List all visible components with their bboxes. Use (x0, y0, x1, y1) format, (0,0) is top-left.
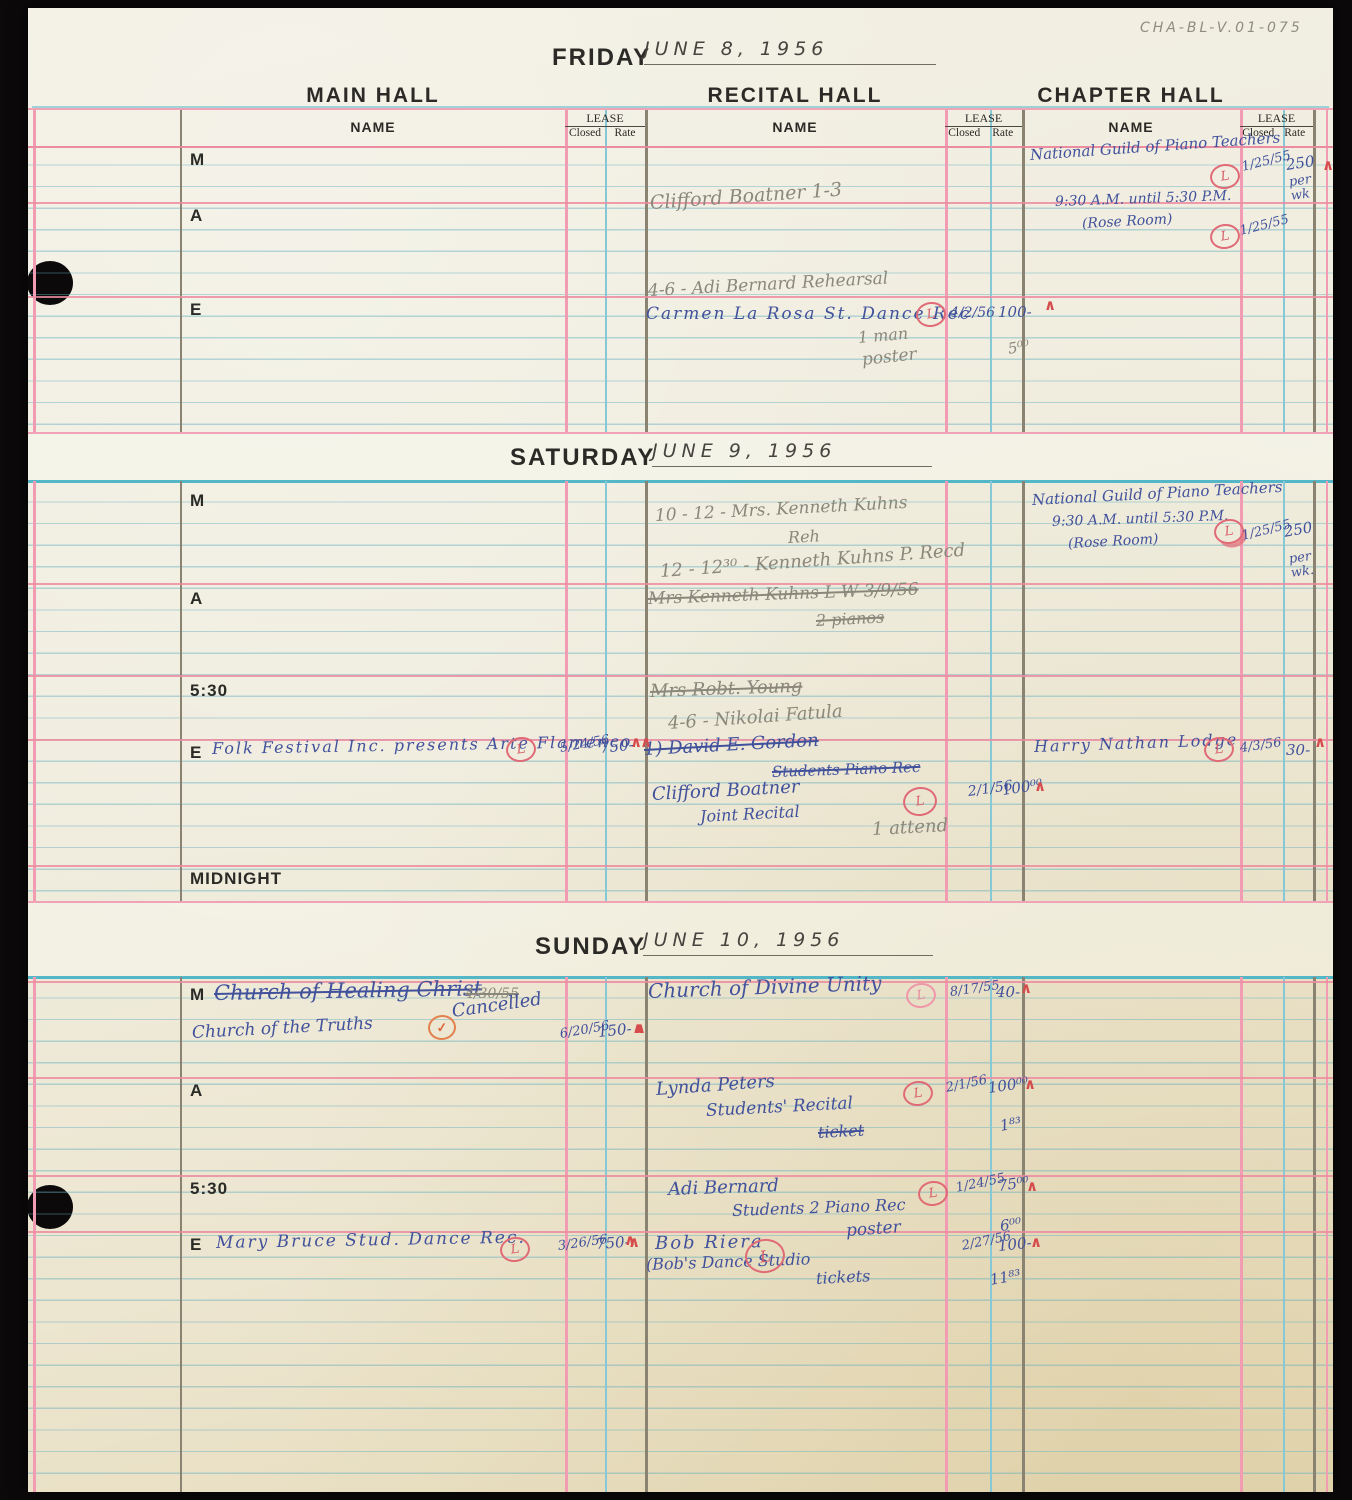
friday-title-area: CHA-BL-V.01-075 FRIDAY JUNE 8, 1956 MAIN… (28, 8, 1333, 108)
check-mark: ∧ (1034, 777, 1046, 795)
day-date-saturday: JUNE 9, 1956 (652, 440, 932, 467)
day-title-friday: FRIDAY (552, 44, 651, 72)
check-mark: ∧ (1314, 733, 1326, 751)
row-label-morning: M (190, 150, 205, 170)
hall-header-recital: RECITAL HALL (708, 84, 883, 108)
rate-value: 750- (599, 736, 634, 757)
check-mark: ∧ (640, 733, 652, 751)
saturday-body: M A 5:30 E MIDNIGHT 10 - 12 - Mrs. Kenne… (28, 481, 1333, 901)
name-column-header-chapter: NAME (1108, 119, 1153, 135)
row-label-afternoon: A (190, 1081, 203, 1101)
note-poster: poster (861, 344, 918, 370)
rate-label: Rate (1277, 127, 1314, 139)
row-rule (28, 865, 1333, 867)
entry-lynda-peters: Lynda Peters (655, 1071, 775, 1100)
note-1-attend: 1 attend (871, 815, 948, 840)
note-amount: 1⁸³ (998, 1113, 1022, 1134)
row-rule (28, 1175, 1333, 1177)
name-column-header-main: NAME (350, 119, 395, 135)
name-column-header-recital: NAME (772, 119, 817, 135)
entry-robt-young-struck: Mrs Robt. Young (650, 676, 803, 702)
closed-label: Closed (565, 127, 605, 139)
hall-header-chapter: CHAPTER HALL (1037, 84, 1224, 108)
archive-ref-code: CHA-BL-V.01-075 (1140, 20, 1303, 36)
day-date-friday: JUNE 8, 1956 (644, 38, 936, 65)
rate-label: Rate (984, 127, 1023, 139)
entry-students-recital: Students' Recital (705, 1093, 853, 1121)
note-poster: poster (845, 1217, 901, 1241)
lease-date: 1/25/55 (1238, 212, 1290, 239)
rate-unit: per wk (1288, 170, 1333, 203)
rate-label: Rate (605, 127, 645, 139)
row-label-530: 5:30 (190, 1179, 228, 1199)
lease-mark-circle: L (1208, 162, 1241, 191)
lease-label: LEASE (945, 111, 1022, 127)
row-label-530: 5:30 (190, 681, 228, 701)
note-amount: 5⁰⁰ (1006, 336, 1030, 357)
lease-header-main: LEASE ClosedRate (565, 110, 645, 139)
lease-mark-circle: L (901, 785, 939, 818)
rate-value: 100- (998, 303, 1032, 321)
entry-room-note: (Rose Room) (1082, 211, 1173, 232)
row-label-evening: E (190, 743, 202, 763)
note-tickets: tickets (816, 1266, 871, 1288)
entry-time-note: 9:30 A.M. until 5:30 P.M. (1052, 508, 1229, 530)
lease-header-recital: LEASE ClosedRate (945, 110, 1022, 139)
entry-kuhns-reh: Reh (788, 526, 821, 547)
row-label-evening: E (190, 1235, 202, 1255)
lease-mark-circle: L (1208, 222, 1241, 251)
entry-national-guild: National Guild of Piano Teachers (1032, 478, 1283, 509)
scanned-ledger-photo: { "document": { "ref_code": "CHA-BL-V.01… (0, 0, 1352, 1500)
check-mark: ∧ (624, 1231, 636, 1249)
day-title-sunday: SUNDAY (535, 933, 646, 961)
entry-2-pianos-struck: 2 pianos (816, 607, 885, 630)
lease-date: 4/2/56 (950, 305, 995, 321)
note-1-man: 1 man (857, 324, 909, 347)
entry-adi-bernard: Adi Bernard (668, 1175, 780, 1200)
row-label-evening: E (190, 300, 202, 320)
row-rule (28, 675, 1333, 677)
check-mark: ∧ (1030, 1233, 1042, 1251)
check-mark: ∧ (1044, 296, 1056, 314)
check-mark: ∧ (1020, 979, 1032, 997)
ledger-page: CHA-BL-V.01-075 FRIDAY JUNE 8, 1956 MAIN… (28, 8, 1333, 1492)
sunday-body: M A 5:30 E Church of Healing Christ 4/30… (28, 977, 1333, 1492)
entry-students-2-piano-rec: Students 2 Piano Rec (732, 1195, 906, 1220)
rate-value: 250 (1282, 518, 1313, 541)
lease-mark-circle: L (901, 1079, 934, 1108)
entry-kuhns-reh-time: 10 - 12 - Mrs. Kenneth Kuhns (654, 493, 907, 526)
day-title-saturday: SATURDAY (510, 444, 655, 472)
rate-value: 250 (1285, 152, 1316, 174)
closed-label: Closed (945, 127, 984, 139)
row-rule (28, 583, 1333, 585)
rate-value: 100- (997, 1234, 1032, 1255)
entry-church-healing-christ-struck: Church of Healing Christ (214, 976, 482, 1005)
row-label-morning: M (190, 985, 205, 1005)
hall-header-main: MAIN HALL (306, 84, 439, 108)
entry-clifford-boatner: Clifford Boatner (651, 776, 800, 805)
entry-kuhns-recital: 12 - 12³⁰ - Kenneth Kuhns P. Recd (659, 540, 966, 582)
entry-david-gordon-struck: 1) David E. Gordon (643, 730, 819, 760)
row-label-morning: M (190, 491, 205, 511)
check-mark: ∧ (1024, 1075, 1036, 1093)
entry-time-note: 9:30 A.M. until 5:30 P.M. (1055, 188, 1232, 210)
saturday-title-band: SATURDAY JUNE 9, 1956 (28, 432, 1333, 483)
rate-value: 150- (597, 1020, 632, 1041)
note-amount: 11⁸³ (988, 1266, 1022, 1289)
entry-room-note: (Rose Room) (1068, 531, 1159, 552)
lease-date: 2/1/56 (944, 1072, 988, 1095)
check-mark: ∧ (634, 1019, 646, 1037)
entry-mary-bruce: Mary Bruce Stud. Dance Rec. (216, 1228, 526, 1253)
lease-label: LEASE (1240, 111, 1313, 127)
check-mark: ∧ (1322, 156, 1334, 174)
row-label-afternoon: A (190, 589, 203, 609)
row-label-afternoon: A (190, 206, 203, 226)
lease-mark-circle: L (916, 1179, 949, 1208)
sunday-title-band: SUNDAY JUNE 10, 1956 (28, 901, 1333, 979)
check-mark: ∧ (1026, 1177, 1038, 1195)
entry-church-of-the-truths: Church of the Truths (191, 1014, 373, 1043)
rate-value: 30- (1286, 741, 1310, 759)
entry-clifford-boatner-13: Clifford Boatner 1-3 (649, 179, 843, 214)
rate-unit: per wk. (1288, 547, 1333, 580)
entry-joint-recital: Joint Recital (700, 802, 801, 826)
note-ticket-struck: ticket (818, 1121, 865, 1142)
lease-mark-circle: L (904, 981, 937, 1010)
lease-label: LEASE (565, 111, 645, 127)
day-date-sunday: JUNE 10, 1956 (643, 929, 933, 956)
friday-body: M A E Clifford Boatner 1-3 4-6 - Adi Ber… (28, 144, 1333, 432)
rate-value: 40- (996, 983, 1020, 1001)
row-label-midnight: MIDNIGHT (190, 869, 282, 889)
